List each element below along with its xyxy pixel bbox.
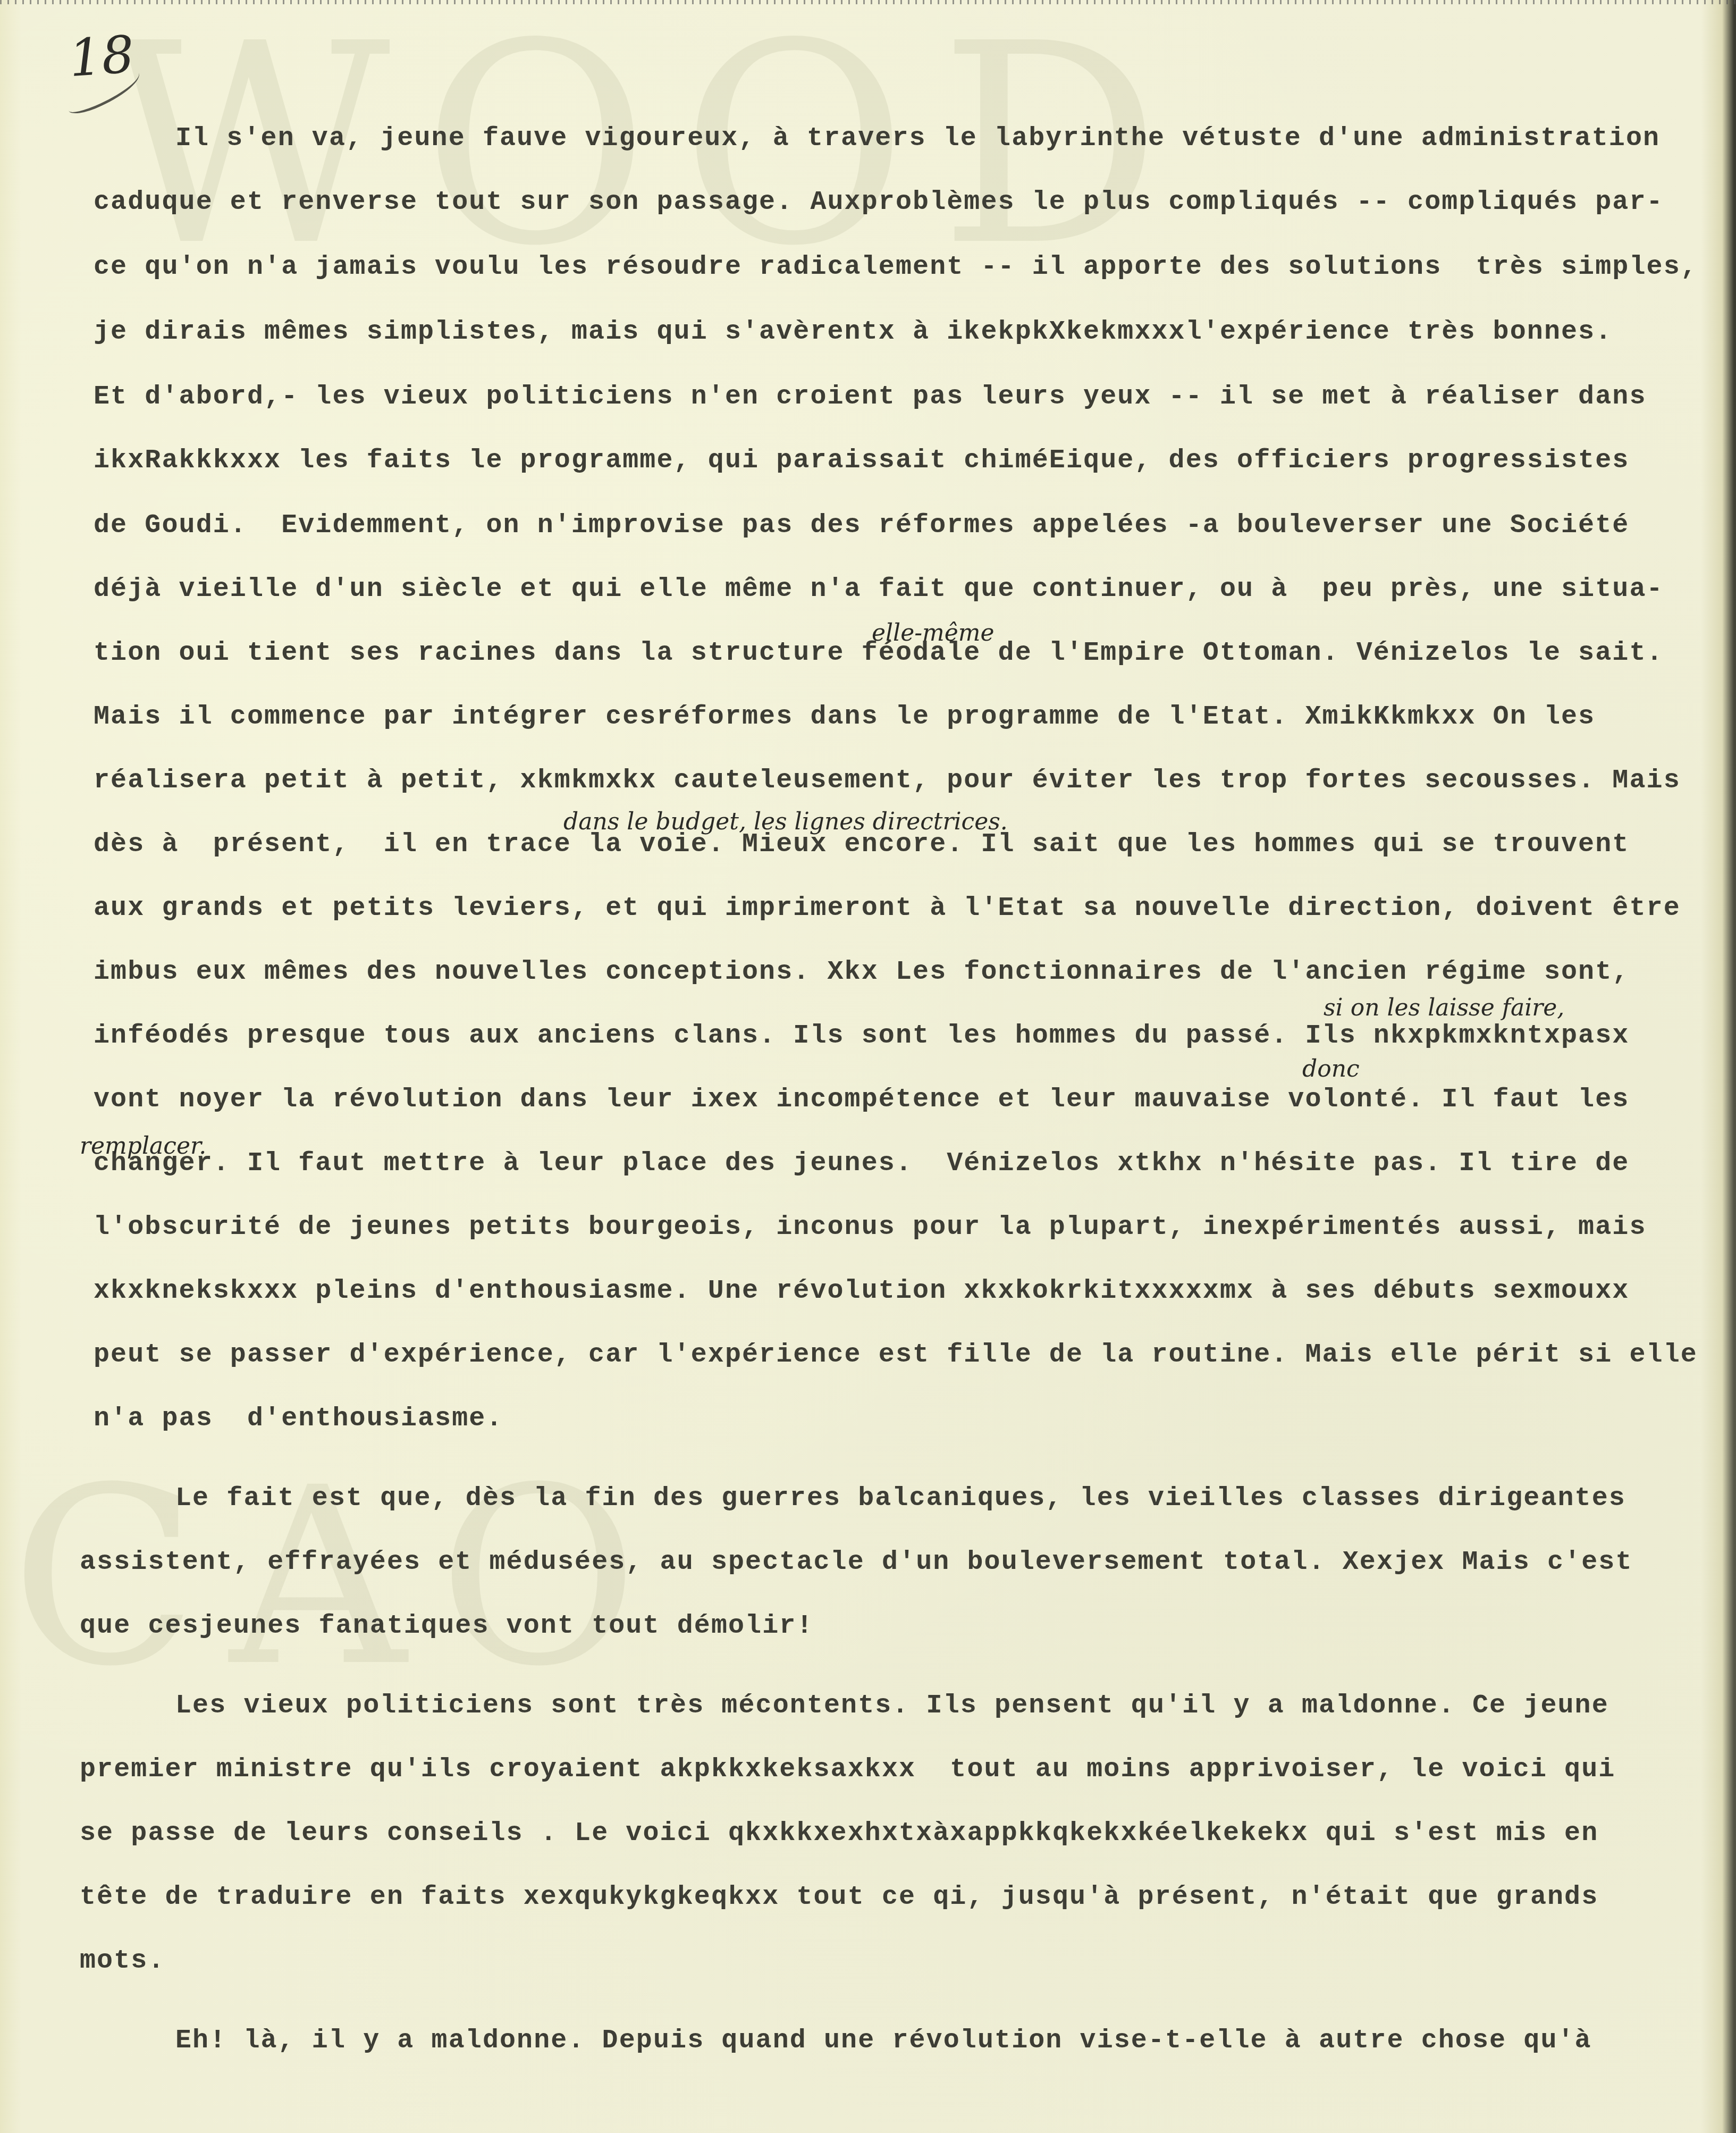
typed-line: déjà vieille d'un siècle et qui elle mêm… — [94, 574, 1664, 604]
paper-watermark-bottom: CAO — [11, 1435, 670, 1720]
typed-line: aux grands et petits leviers, et qui imp… — [94, 893, 1681, 923]
typed-line: Le fait est que, dès la fin des guerres … — [175, 1483, 1626, 1514]
typed-line: premier ministre qu'ils croyaient akpkkx… — [80, 1754, 1615, 1785]
handwritten-note: dans le budget, les lignes directrices. — [563, 808, 1008, 835]
typed-line: réalisera petit à petit, xkmkmxkx cautel… — [94, 766, 1681, 796]
typed-line: ce qu'on n'a jamais voulu les résoudre r… — [94, 252, 1698, 282]
typed-line: Il s'en va, jeune fauve vigoureux, à tra… — [175, 123, 1660, 154]
typed-line: assistent, effrayées et médusées, au spe… — [80, 1547, 1633, 1577]
typed-line: tête de traduire en faits xexqukykgkeqkx… — [80, 1882, 1598, 1912]
typed-line: mots. — [80, 1946, 165, 1976]
typed-line: ikxRakkkxxx les faits le programme, qui … — [94, 446, 1629, 476]
handwritten-note: donc — [1302, 1055, 1360, 1082]
handwritten-note: si on les laisse faire, — [1324, 994, 1564, 1021]
typed-line: xkxknekskxxx pleins d'enthousiasme. Une … — [94, 1276, 1629, 1306]
typed-line: se passe de leurs conseils . Le voici qk… — [80, 1818, 1598, 1849]
typed-line: Mais il commence par intégrer cesréforme… — [94, 702, 1595, 732]
typed-line: Les vieux politiciens sont très méconten… — [175, 1691, 1609, 1721]
typed-line: vont noyer la révolution dans leur ixex … — [94, 1085, 1629, 1115]
typed-line: je dirais mêmes simplistes, mais qui s'a… — [94, 317, 1612, 347]
typed-line: caduque et renverse tout sur son passage… — [94, 187, 1664, 217]
typed-line: Et d'abord,- les vieux politiciens n'en … — [94, 382, 1647, 412]
typed-line: de Goudi. Evidemment, on n'improvise pas… — [94, 510, 1629, 541]
typed-line: l'obscurité de jeunes petits bourgeois, … — [94, 1212, 1647, 1242]
typed-line: Eh! là, il y a maldonne. Depuis quand un… — [175, 2026, 1592, 2056]
handwritten-note: remplacer. — [80, 1132, 206, 1160]
typed-line: changer. Il faut mettre à leur place des… — [94, 1148, 1629, 1179]
typed-line: imbus eux mêmes des nouvelles conception… — [94, 957, 1629, 987]
typed-line: n'a pas d'enthousiasme. — [94, 1404, 503, 1434]
typed-line: que cesjeunes fanatiques vont tout démol… — [80, 1611, 814, 1641]
typed-line: peut se passer d'expérience, car l'expér… — [94, 1340, 1698, 1370]
handwritten-note: elle-même — [872, 619, 995, 646]
typed-line: inféodés presque tous aux anciens clans.… — [94, 1021, 1629, 1051]
typewritten-page: WOOD CAO 18 Il s'en va, jeune fauve vigo… — [0, 0, 1736, 2133]
